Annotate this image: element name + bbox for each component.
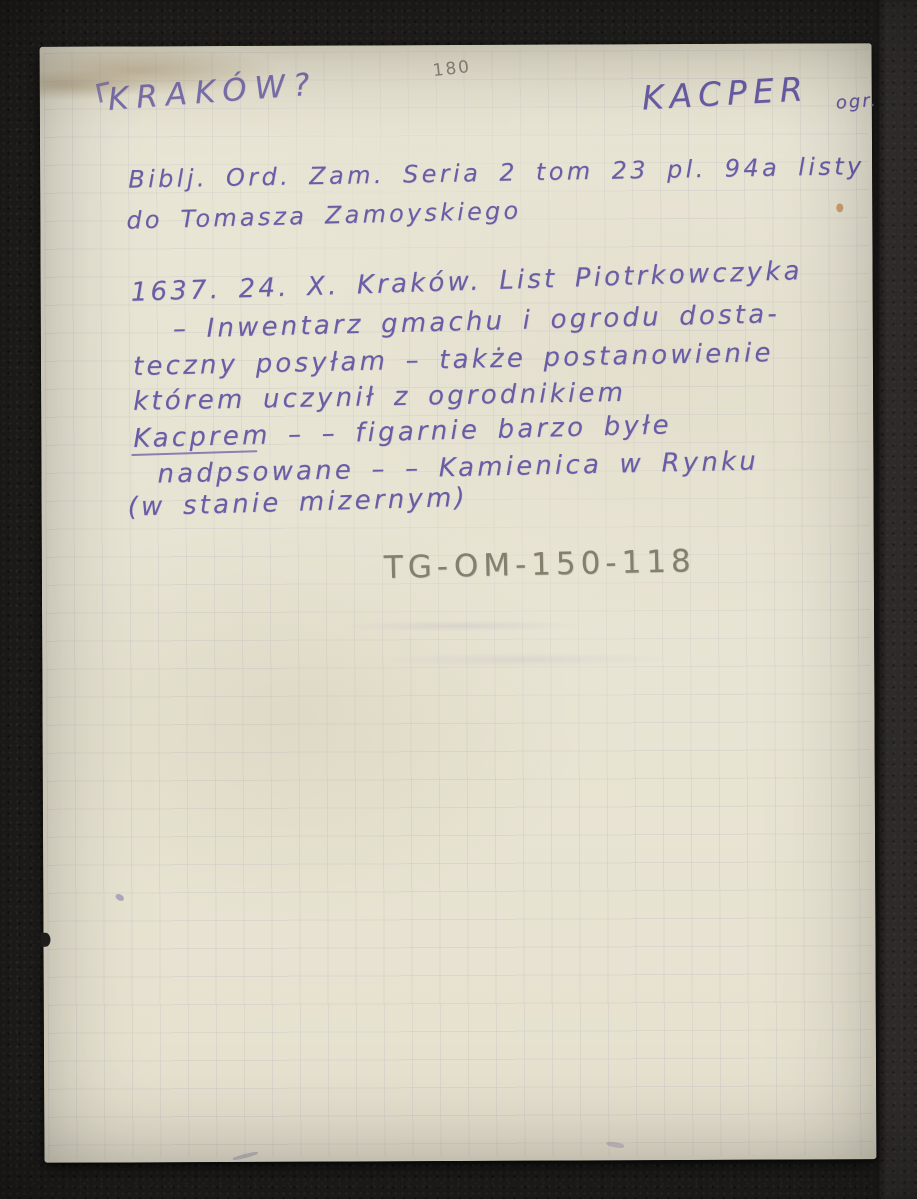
orange-stain-fleck bbox=[836, 203, 843, 212]
note-line: 1637. 24. X. Kraków. List Piotrkowczyka bbox=[130, 256, 803, 308]
catalog-number: TG-OM-150-118 bbox=[383, 543, 696, 586]
note-line: – Inwentarz gmachu i ogrodu dosta- bbox=[172, 299, 780, 344]
source-reference-line-1: Biblj. Ord. Zam. Seria 2 tom 23 pl. 94a … bbox=[128, 152, 865, 193]
ink-smudge bbox=[292, 574, 713, 746]
note-line: teczny posyłam – także postanowienie bbox=[133, 338, 774, 382]
photo-background: KRAKÓW? 180 KACPER ogr. Biblj. Ord. Zam.… bbox=[0, 0, 917, 1199]
annotation-subject: KACPER bbox=[641, 69, 810, 117]
annotation-city: KRAKÓW? bbox=[107, 66, 319, 117]
index-card: KRAKÓW? 180 KACPER ogr. Biblj. Ord. Zam.… bbox=[40, 43, 877, 1163]
background-seam-strip bbox=[877, 0, 917, 1199]
edge-tear-notch bbox=[40, 933, 50, 947]
note-line: Kacprem – – figarnie barzo byłe bbox=[133, 410, 672, 454]
note-line: którem uczynił z ogrodnikiem bbox=[133, 378, 626, 417]
source-reference-line-2: do Tomasza Zamoyskiego bbox=[126, 197, 522, 235]
ink-fleck bbox=[114, 893, 125, 903]
ink-fleck bbox=[232, 1151, 258, 1161]
page-number: 180 bbox=[432, 57, 472, 81]
ink-fleck bbox=[606, 1141, 625, 1149]
annotation-subject-suffix: ogr. bbox=[835, 90, 878, 114]
